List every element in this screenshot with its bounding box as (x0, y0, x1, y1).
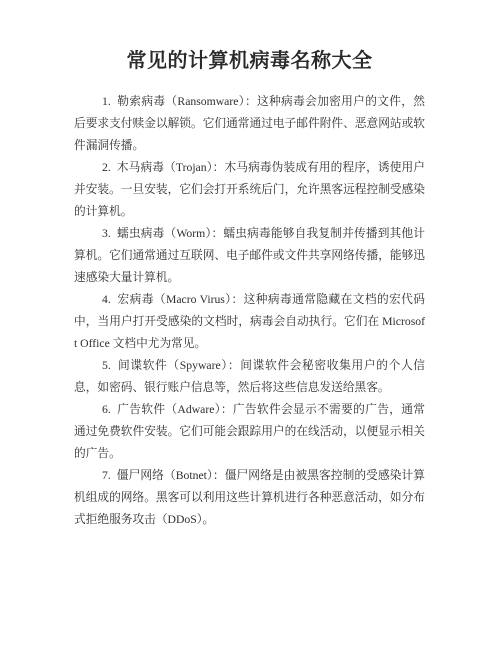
paragraph-spyware: 5. 间谍软件（Spyware）：间谍软件会秘密收集用户的个人信息，如密码、银行… (74, 355, 425, 399)
paragraph-worm: 3. 蠕虫病毒（Worm）：蠕虫病毒能够自我复制并传播到其他计算机。它们通常通过… (74, 223, 425, 289)
paragraph-macro-virus: 4. 宏病毒（Macro Virus）：这种病毒通常隐藏在文档的宏代码中，当用户… (74, 289, 425, 355)
document-page: 常见的计算机病毒名称大全 1. 勒索病毒（Ransomware）：这种病毒会加密… (0, 0, 500, 647)
paragraph-adware: 6. 广告软件（Adware）：广告软件会显示不需要的广告，通常通过免费软件安装… (74, 399, 425, 465)
paragraph-botnet: 7. 僵尸网络（Botnet）：僵尸网络是由被黑客控制的受感染计算机组成的网络。… (74, 465, 425, 531)
paragraph-ransomware: 1. 勒索病毒（Ransomware）：这种病毒会加密用户的文件，然后要求支付赎… (74, 91, 425, 157)
paragraph-trojan: 2. 木马病毒（Trojan）：木马病毒伪装成有用的程序，诱使用户并安装。一旦安… (74, 157, 425, 223)
document-title: 常见的计算机病毒名称大全 (74, 45, 425, 78)
